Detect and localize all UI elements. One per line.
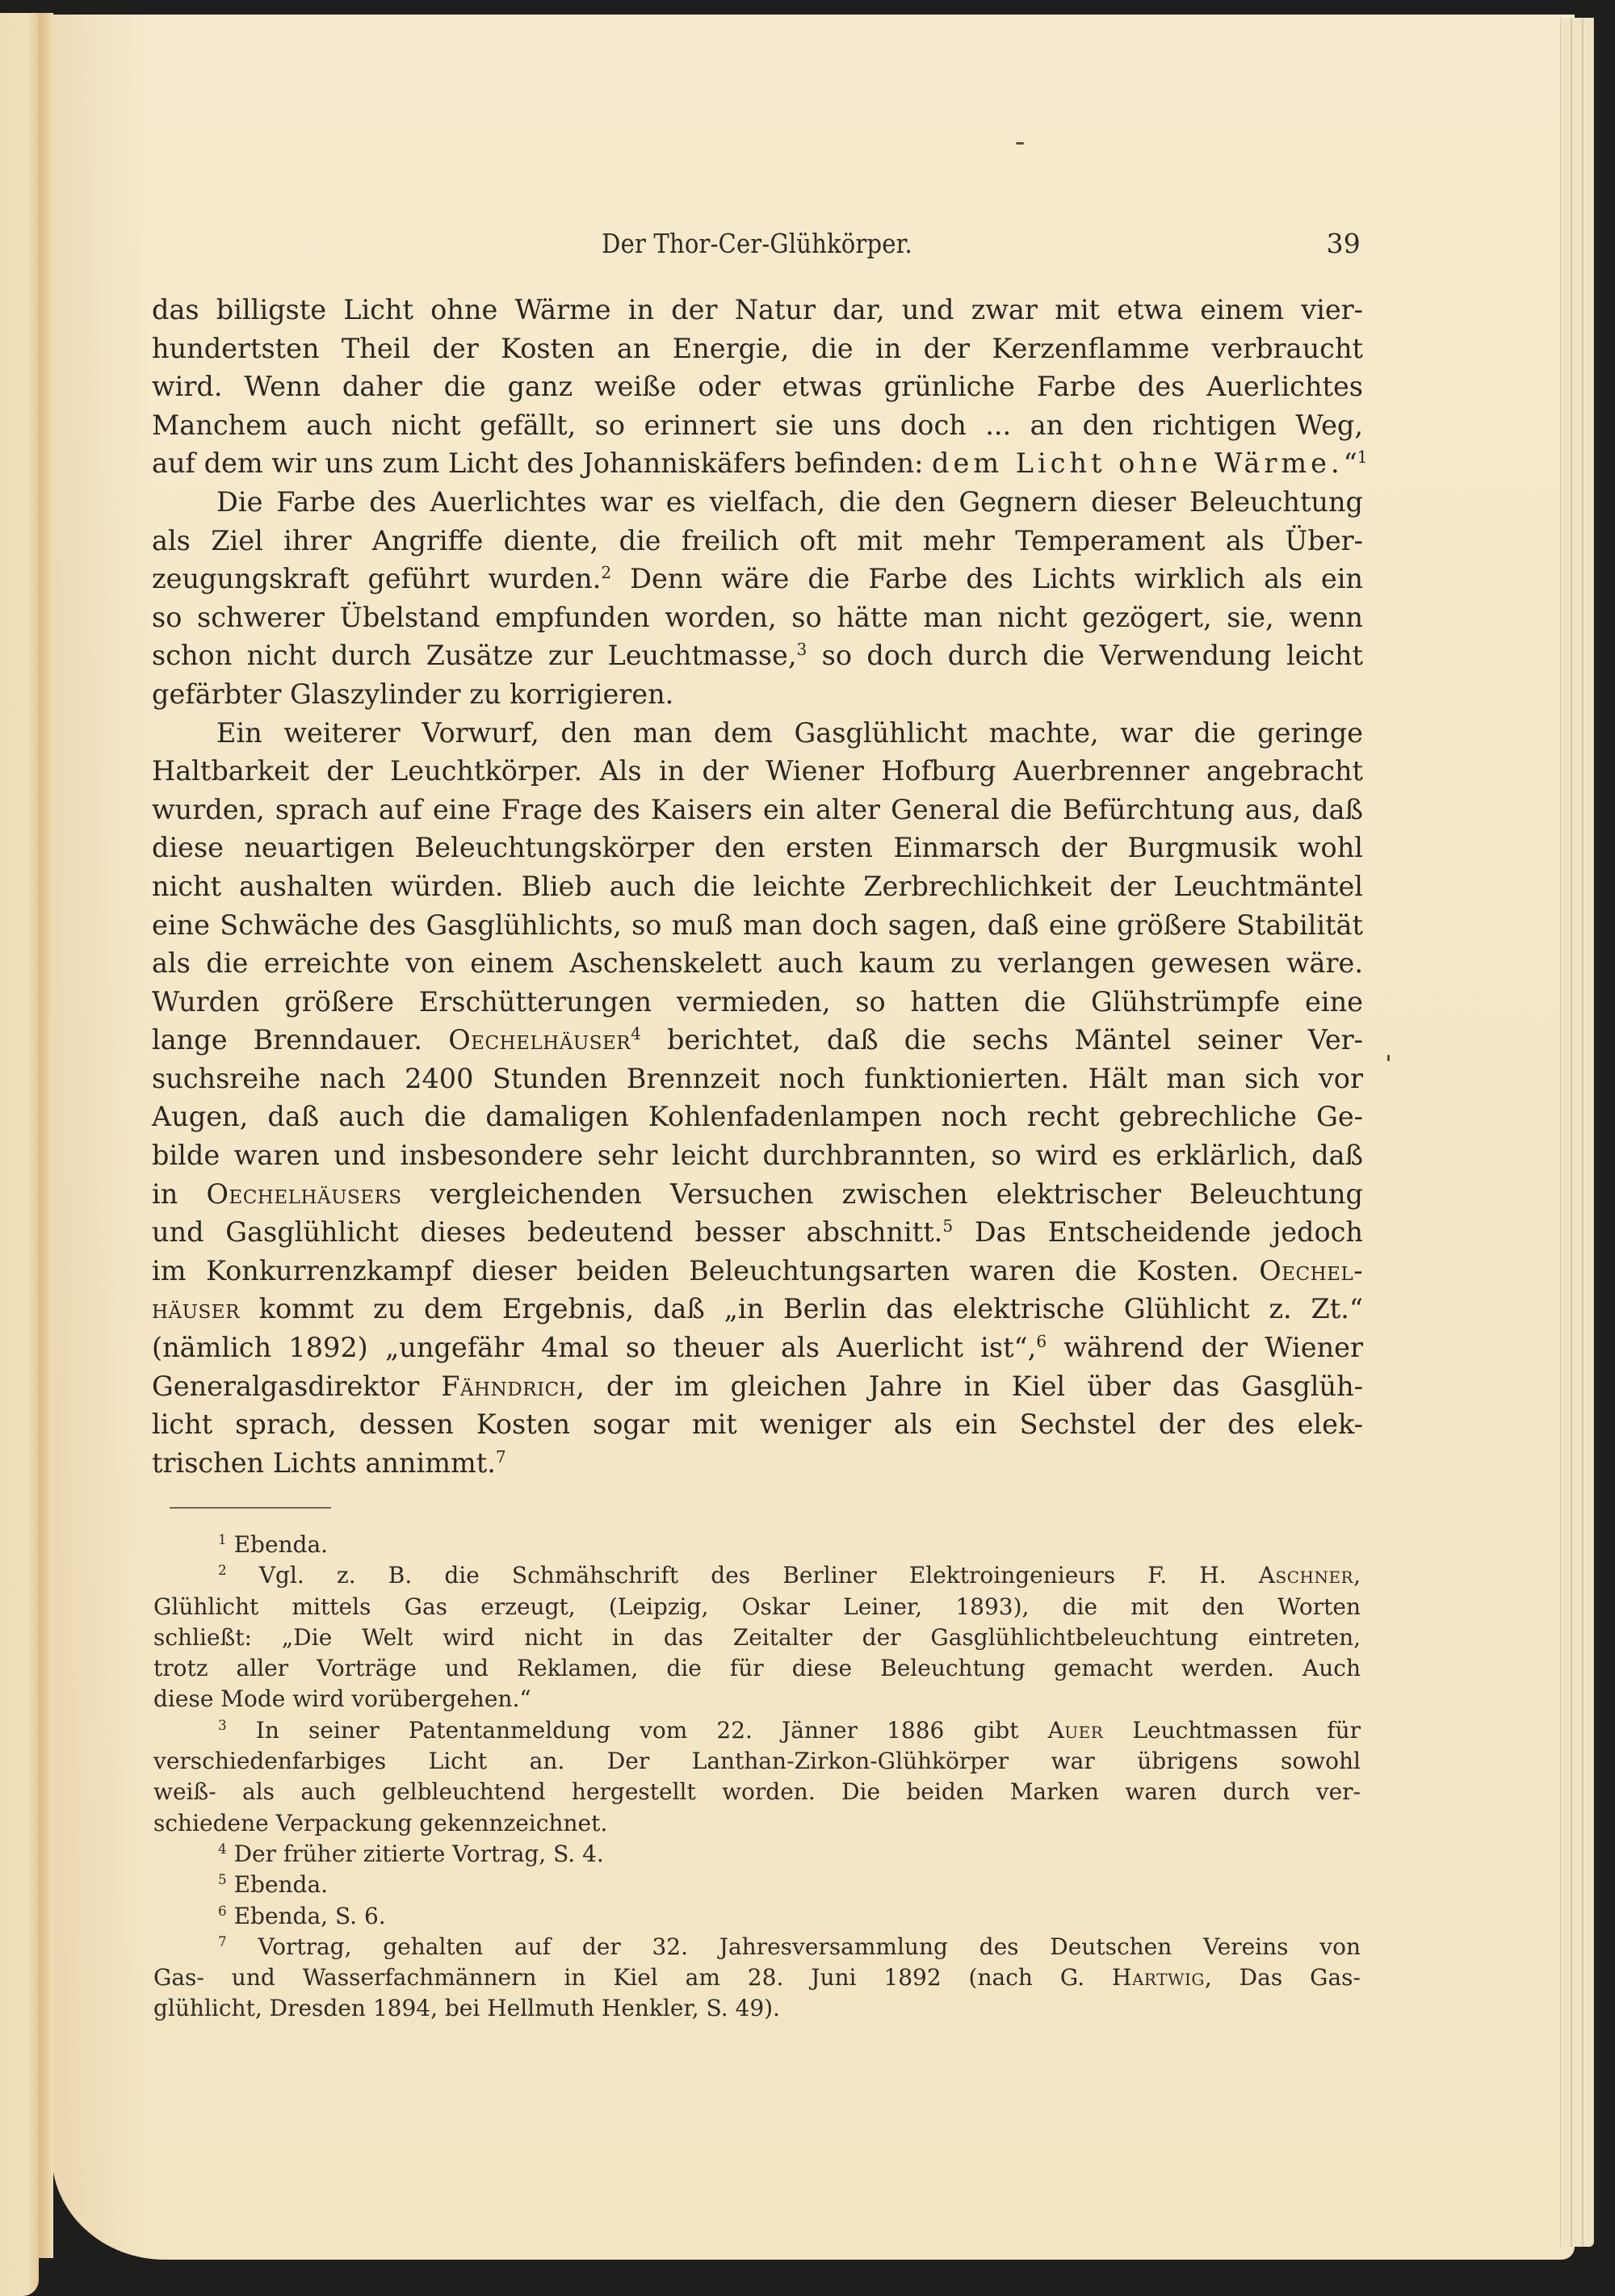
- footnote-ref-7[interactable]: 7: [496, 1447, 506, 1467]
- text-fragment: (nämlich 1892) „ungefähr 4mal so theuer …: [152, 1332, 1036, 1363]
- paragraph-3: Ein weiterer Vorwurf, den man dem Gasglü…: [152, 714, 1363, 1483]
- author-name: Fähndrich: [441, 1370, 576, 1402]
- text-fragment: lange Brenndauer.: [152, 1024, 422, 1056]
- text-fragment: vergleichenden Versuchen zwischen elektr…: [402, 1178, 1363, 1210]
- text-fragment: Generalgasdirektor: [152, 1370, 419, 1402]
- text-line: häuser kommt zu dem Ergebnis, daß „in Be…: [152, 1290, 1363, 1328]
- footnotes: 1 Ebenda. 2 Vgl. z. B. die Schmähschrift…: [153, 1530, 1361, 2025]
- text-fragment: auf dem wir uns zum Licht des Johanniskä…: [152, 447, 923, 479]
- text-line: auf dem wir uns zum Licht des Johanniskä…: [152, 444, 1363, 483]
- text-fragment: , der im gleichen Jahre in Kiel über das…: [576, 1370, 1363, 1402]
- page-stack-edge: [1571, 18, 1583, 2247]
- footnote-text: Leuchtmassen für: [1103, 1717, 1361, 1744]
- footnote-ref-3[interactable]: 3: [797, 640, 807, 659]
- gutter-shadow: [39, 13, 53, 2258]
- footnote-ref-5[interactable]: 5: [942, 1216, 953, 1236]
- footnote-ref-1[interactable]: 1: [1357, 447, 1368, 467]
- page-stack-edge: [1560, 18, 1571, 2247]
- paragraph-1: das billigste Licht ohne Wärme in der Na…: [152, 291, 1363, 483]
- text-line: eine Schwäche des Gasglühlichts, so muß …: [152, 906, 1363, 945]
- text-fragment: schon nicht durch Zusätze zur Leuchtmass…: [152, 640, 797, 671]
- footnote-text: Ebenda.: [234, 1531, 328, 1558]
- author-name: Oechel-: [1259, 1255, 1363, 1287]
- text-line: Generalgasdirektor Fähndrich, der im gle…: [152, 1367, 1363, 1406]
- text-fragment: in: [152, 1178, 178, 1210]
- text-line: Manchem auch nicht gefällt, so erinnert …: [152, 406, 1363, 445]
- footnote-line: Glühlicht mittels Gas erzeugt, (Leipzig,…: [153, 1592, 1361, 1622]
- footnote-3: 3 In seiner Patentanmeldung vom 22. Jänn…: [153, 1715, 1361, 1839]
- footnote-ref-4[interactable]: 4: [631, 1024, 641, 1043]
- footnote-text: , Das Gas-: [1205, 1964, 1361, 1991]
- text-fragment: so doch durch die Verwendung leicht: [807, 640, 1363, 671]
- footnote-line: 4 Der früher zitierte Vortrag, S. 4.: [153, 1839, 1361, 1870]
- footnote-text: In seiner Patentanmeldung vom 22. Jänner…: [256, 1717, 1019, 1744]
- paper-speck: [1016, 142, 1024, 145]
- text-fragment: während der Wiener: [1047, 1332, 1363, 1363]
- footnote-line: verschiedenfarbiges Licht an. Der Lantha…: [153, 1746, 1361, 1777]
- text-fragment: berichtet, daß die sechs Mäntel seiner V…: [641, 1024, 1363, 1056]
- footnote-line: trotz aller Vorträge und Reklamen, die f…: [153, 1653, 1361, 1684]
- text-fragment: trischen Lichts annimmt.: [152, 1447, 496, 1479]
- footnote-2: 2 Vgl. z. B. die Schmähschrift des Berli…: [153, 1560, 1361, 1715]
- text-line: diese neuartigen Beleuchtungskörper den …: [152, 829, 1363, 867]
- paper-speck: [1387, 1055, 1390, 1061]
- footnote-number: 5: [218, 1871, 227, 1887]
- text-line: zeugungskraft geführt wurden.2 Denn wäre…: [152, 560, 1363, 598]
- text-line: hundertsten Theil der Kosten an Energie,…: [152, 329, 1363, 368]
- running-head-title: Der Thor-Cer-Glühkörper.: [226, 228, 1289, 259]
- text-fragment: zeugungskraft geführt wurden.: [152, 563, 601, 594]
- previous-page-edge: [0, 13, 39, 2296]
- footnote-separator: [170, 1507, 331, 1509]
- page-stack-edge: [1583, 18, 1594, 2247]
- footnote-line: schließt: „Die Welt wird nicht in das Ze…: [153, 1622, 1361, 1653]
- body-text: das billigste Licht ohne Wärme in der Na…: [152, 291, 1363, 1482]
- text-line: wird. Wenn daher die ganz weiße oder etw…: [152, 367, 1363, 406]
- footnote-number: 6: [218, 1902, 227, 1918]
- footnote-text: Vgl. z. B. die Schmähschrift des Berline…: [259, 1562, 1227, 1589]
- text-line: nicht aushalten würden. Blieb auch die l…: [152, 867, 1363, 906]
- text-line: Die Farbe des Auerlichtes war es vielfac…: [152, 483, 1363, 522]
- footnote-line: glühlicht, Dresden 1894, bei Hellmuth He…: [153, 1993, 1361, 2024]
- text-line: bilde waren und insbesondere sehr leicht…: [152, 1136, 1363, 1175]
- author-name: Hartwig: [1112, 1964, 1205, 1991]
- footnote-text: Gas- und Wasserfachmännern in Kiel am 28…: [153, 1964, 1084, 1991]
- footnote-line: 6 Ebenda, S. 6.: [153, 1901, 1361, 1932]
- footnote-text: Ebenda.: [234, 1871, 328, 1898]
- text-fragment: Denn wäre die Farbe des Lichts wirklich …: [611, 563, 1363, 594]
- closing-quote: “: [1344, 447, 1357, 479]
- text-line: Ein weiterer Vorwurf, den man dem Gasglü…: [152, 714, 1363, 753]
- footnote-1: 1 Ebenda.: [153, 1530, 1361, 1560]
- author-name: Auer: [1048, 1717, 1104, 1744]
- author-name: häuser: [152, 1293, 240, 1324]
- text-line: schon nicht durch Zusätze zur Leuchtmass…: [152, 636, 1363, 675]
- text-line: licht sprach, dessen Kosten sogar mit we…: [152, 1405, 1363, 1444]
- footnote-text: Vortrag, gehalten auf der 32. Jahresvers…: [258, 1933, 1361, 1960]
- footnote-ref-2[interactable]: 2: [601, 563, 611, 582]
- footnote-line: 3 In seiner Patentanmeldung vom 22. Jänn…: [153, 1715, 1361, 1746]
- text-line: in Oechelhäusers vergleichenden Versuche…: [152, 1175, 1363, 1214]
- text-line: suchsreihe nach 2400 Stunden Brennzeit n…: [152, 1060, 1363, 1098]
- text-line: Haltbarkeit der Leuchtkörper. Als in der…: [152, 752, 1363, 791]
- footnote-4: 4 Der früher zitierte Vortrag, S. 4.: [153, 1839, 1361, 1870]
- text-line: Wurden größere Erschütterungen vermieden…: [152, 983, 1363, 1022]
- text-line: als Ziel ihrer Angriffe diente, die frei…: [152, 522, 1363, 560]
- page-number: 39: [1327, 228, 1361, 259]
- paragraph-2: Die Farbe des Auerlichtes war es vielfac…: [152, 483, 1363, 714]
- text-line: so schwerer Übelstand empfunden worden, …: [152, 598, 1363, 637]
- footnote-5: 5 Ebenda.: [153, 1870, 1361, 1900]
- author-name: Oechelhäuser: [448, 1024, 631, 1056]
- text-line: und Gasglühlicht dieses bedeutend besser…: [152, 1213, 1363, 1252]
- spaced-emphasis: dem Licht ohne Wärme.: [932, 447, 1344, 479]
- author-name: Oechelhäusers: [206, 1178, 401, 1210]
- text-line: als die erreichte von einem Aschenskelet…: [152, 944, 1363, 983]
- text-line: (nämlich 1892) „ungefähr 4mal so theuer …: [152, 1328, 1363, 1367]
- text-line: im Konkurrenzkampf dieser beiden Beleuch…: [152, 1252, 1363, 1291]
- footnote-line: Gas- und Wasserfachmännern in Kiel am 28…: [153, 1962, 1361, 1993]
- footnote-number: 3: [218, 1717, 227, 1733]
- text-fragment: kommt zu dem Ergebnis, daß „in Berlin da…: [240, 1293, 1363, 1324]
- footnote-line: diese Mode wird vorübergehen.“: [153, 1684, 1361, 1715]
- footnote-line: 5 Ebenda.: [153, 1870, 1361, 1900]
- text-line: lange Brenndauer. Oechelhäuser4 berichte…: [152, 1021, 1363, 1060]
- footnote-line: weiß- als auch gelbleuchtend hergestellt…: [153, 1777, 1361, 1807]
- footnote-number: 2: [218, 1562, 227, 1578]
- text-line: das billigste Licht ohne Wärme in der Na…: [152, 291, 1363, 329]
- text-line: trischen Lichts annimmt.7: [152, 1444, 1363, 1483]
- footnote-number: 1: [218, 1531, 227, 1547]
- text-fragment: und Gasglühlicht dieses bedeutend besser…: [152, 1216, 942, 1248]
- footnote-6: 6 Ebenda, S. 6.: [153, 1901, 1361, 1932]
- footnote-number: 7: [218, 1933, 227, 1950]
- footnote-line: schiedene Verpackung gekennzeichnet.: [153, 1808, 1361, 1839]
- footnote-line: 7 Vortrag, gehalten auf der 32. Jahresve…: [153, 1932, 1361, 1962]
- footnote-line: 1 Ebenda.: [153, 1530, 1361, 1560]
- footnote-ref-6[interactable]: 6: [1036, 1332, 1047, 1351]
- footnote-7: 7 Vortrag, gehalten auf der 32. Jahresve…: [153, 1932, 1361, 2025]
- text-line: wurden, sprach auf eine Frage des Kaiser…: [152, 791, 1363, 829]
- footnote-text: ,: [1353, 1562, 1361, 1589]
- footnote-line: 2 Vgl. z. B. die Schmähschrift des Berli…: [153, 1560, 1361, 1591]
- author-name: Aschner: [1259, 1562, 1353, 1589]
- text-line: gefärbter Glaszylinder zu korrigieren.: [152, 675, 1363, 714]
- footnote-text: Der früher zitierte Vortrag, S. 4.: [234, 1841, 604, 1867]
- text-fragment: im Konkurrenzkampf dieser beiden Beleuch…: [152, 1255, 1240, 1287]
- text-fragment: Das Entscheidende jedoch: [953, 1216, 1363, 1248]
- text-line: Augen, daß auch die damaligen Kohlenfade…: [152, 1098, 1363, 1136]
- footnote-number: 4: [218, 1841, 227, 1857]
- footnote-text: Ebenda, S. 6.: [234, 1903, 386, 1929]
- running-head: Der Thor-Cer-Glühkörper. 39: [153, 228, 1361, 268]
